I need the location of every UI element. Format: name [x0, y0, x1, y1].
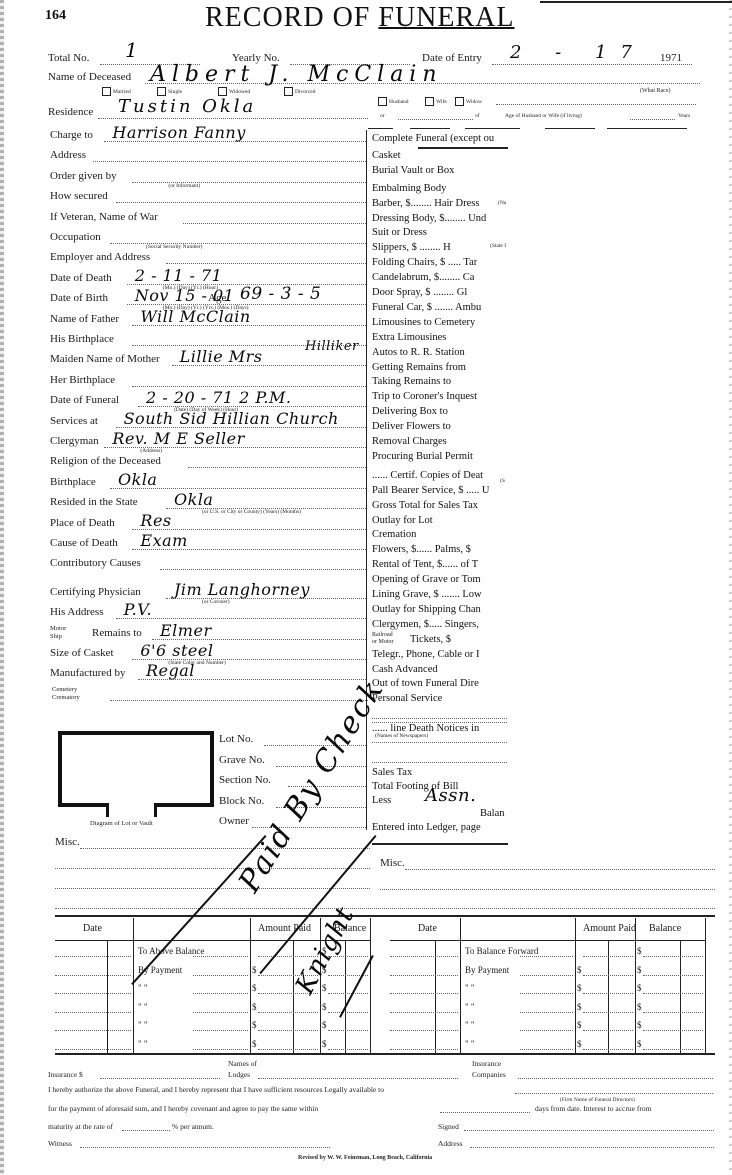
header-rule: [540, 1, 732, 3]
age-of-spouse-field[interactable]: [630, 119, 675, 120]
how-secured-field[interactable]: [116, 202, 366, 203]
ledger-header-rule: [390, 940, 705, 941]
spouse-wife-option[interactable]: Wife: [425, 97, 447, 106]
his-birthplace-label: His Birthplace: [50, 333, 114, 345]
death-notice-line[interactable]: [372, 722, 507, 723]
spouse-widow-option[interactable]: Widow: [455, 97, 482, 106]
wife-checkbox[interactable]: [425, 97, 434, 106]
services-at-value: South Sid Hillian Church: [124, 409, 339, 428]
certifying-physician-label: Certifying Physician: [50, 586, 141, 598]
ledger-balance-cell[interactable]: [328, 1012, 368, 1013]
charge-item-label: Complete Funeral (except ou: [372, 133, 508, 144]
address-label: Address: [50, 149, 86, 161]
rule-segment: [410, 128, 450, 129]
payment-text: for the payment of aforesaid sum, and I …: [48, 1104, 318, 1113]
companies-field[interactable]: [518, 1078, 713, 1079]
ledger-balance-cell[interactable]: [328, 1030, 368, 1031]
date-of-funeral-value: 2 - 20 - 71 2 P.M.: [146, 388, 291, 407]
ledger-balance-currency: $: [637, 965, 642, 975]
ledger-description-line[interactable]: [520, 1030, 573, 1031]
ledger-balance-currency: $: [637, 1020, 642, 1030]
ledger-balance-currency: $: [637, 1002, 642, 1012]
ledger-amount-cell[interactable]: [258, 1030, 318, 1031]
charge-item-label: Deliver Flowers to: [372, 421, 451, 432]
rule-segment: [368, 128, 393, 129]
name-of-father-value: Will McClain: [140, 307, 250, 326]
spouse-of-field[interactable]: [398, 119, 473, 120]
page-number: 164: [45, 8, 66, 24]
ledger-balance-cell[interactable]: [643, 993, 703, 994]
name-of-deceased-label: Name of Deceased: [48, 71, 131, 83]
services-at-label: Services at: [50, 415, 98, 427]
lot-field-label: Lot No.: [219, 733, 253, 745]
ledger-amount-currency: $: [252, 983, 257, 993]
ledger-date-cell[interactable]: [55, 1049, 131, 1050]
ledger-balance-cell[interactable]: [643, 1012, 703, 1013]
widowed-checkbox[interactable]: [218, 87, 227, 96]
ledger-amount-currency: $: [252, 965, 257, 975]
ledger-balance-currency: $: [322, 1020, 327, 1030]
ledger-date-cell[interactable]: [390, 1012, 458, 1013]
widow-label: Widow: [466, 99, 482, 105]
death-notice-line[interactable]: [372, 762, 507, 763]
birthplace-label: Birthplace: [50, 476, 96, 488]
charge-item-label: ...... Certif. Copies of Deat: [372, 470, 483, 481]
slippers-note: (State I: [490, 243, 506, 249]
rule-segment: [465, 128, 520, 129]
firm-name-note: (Firm Name of Funeral Directors): [560, 1097, 635, 1103]
date-of-entry-value: 2 - 17: [510, 42, 646, 63]
ledger-amount-cell[interactable]: [583, 1012, 633, 1013]
charge-item-label: Trip to Coroner's Inquest: [372, 391, 477, 402]
ledger-date-cell[interactable]: [390, 956, 458, 957]
ledger-balance-header: Balance: [649, 923, 681, 934]
ledger-date-cell[interactable]: [55, 1012, 131, 1013]
ledger-amount-header: Amount Paid: [583, 923, 636, 934]
motor-label: Motor: [50, 625, 66, 632]
misc-left-field[interactable]: [80, 848, 370, 849]
marital-widowed-option[interactable]: Widowed: [218, 87, 250, 96]
ledger-date-cell[interactable]: [55, 956, 131, 957]
title-part-1: RECORD OF: [205, 2, 378, 33]
ledger-description-cell: " ": [465, 1039, 475, 1049]
lodges-field[interactable]: [258, 1078, 458, 1079]
spouse-name-field[interactable]: [496, 104, 696, 105]
ledger-description-cell: " ": [138, 983, 148, 993]
ledger-amount-currency: $: [577, 1020, 582, 1030]
order-given-by-label: Order given by: [50, 170, 117, 182]
signed-label: Signed: [438, 1122, 459, 1131]
charge-item-label: Casket: [372, 150, 401, 161]
ledger-description-line[interactable]: [193, 975, 248, 976]
husband-label: Husband: [389, 99, 409, 105]
less-value: Assn.: [425, 785, 476, 806]
firm-name-field[interactable]: [515, 1093, 713, 1094]
ledger-date-cell[interactable]: [390, 1030, 458, 1031]
charge-blank-line[interactable]: [372, 718, 507, 719]
charge-item-label: Pall Bearer Service, $ ..... U: [372, 485, 490, 496]
witness-field[interactable]: [80, 1147, 330, 1148]
authorize-text: I hereby authorize the above Funeral, an…: [48, 1085, 384, 1094]
residence-value: Tustin Okla: [118, 96, 256, 117]
death-notice-line[interactable]: [372, 742, 507, 743]
percent-text: % per annum.: [172, 1122, 214, 1131]
misc-left-label: Misc.: [55, 836, 80, 848]
married-checkbox[interactable]: [102, 87, 111, 96]
resided-in-the-state-label: Resided in the State: [50, 496, 138, 508]
years-label: Years: [678, 113, 690, 119]
ledger-description-cell: " ": [465, 1020, 475, 1030]
ledger-column-divider: [370, 918, 371, 1053]
or-label: or: [380, 113, 385, 119]
ledger-bottom-rule: [55, 1053, 715, 1055]
maturity-text: maturity at the rate of: [48, 1122, 113, 1131]
her-birthplace-field[interactable]: [132, 386, 366, 387]
ledger-description-cell: " ": [465, 983, 475, 993]
ledger-description-line[interactable]: [520, 1012, 573, 1013]
ledger-balance-currency: $: [322, 1039, 327, 1049]
ledger-balance-currency: $: [637, 1039, 642, 1049]
charge-item-label: Dressing Body, $........ Und: [372, 213, 486, 224]
charge-item-label: Gross Total for Sales Tax: [372, 500, 478, 511]
misc-line-4[interactable]: [55, 908, 715, 909]
employer-and-address-field[interactable]: [166, 263, 366, 264]
single-label: Single: [168, 89, 182, 95]
railroad-label: Railroad: [372, 632, 393, 638]
divorced-checkbox[interactable]: [284, 87, 293, 96]
rule-segment: [545, 128, 595, 129]
ledger-column-divider: [575, 918, 576, 1053]
ledger-date-cell[interactable]: [390, 1049, 458, 1050]
husband-checkbox[interactable]: [378, 97, 387, 106]
ledger-amount-cell[interactable]: [583, 993, 633, 994]
age-value: 69 - 3 - 5: [240, 284, 321, 304]
address-field[interactable]: [470, 1147, 714, 1148]
ledger-description-cell: " ": [465, 1002, 475, 1012]
ledger-date-header: Date: [83, 923, 102, 934]
funeral-underline: [418, 147, 508, 149]
ledger-amount-currency: $: [577, 1039, 582, 1049]
ledger-column-divider: [133, 918, 134, 1053]
cemetery-field[interactable]: [110, 700, 368, 701]
manufactured-by-label: Manufactured by: [50, 667, 125, 679]
certifying-physician-value: Jim Langhorney: [174, 580, 310, 599]
charge-to-value: Harrison Fanny: [112, 123, 245, 142]
charges-end-rule: [372, 843, 508, 845]
if-veteran-name-of-war-label: If Veteran, Name of War: [50, 211, 158, 223]
ledger-amount-currency: $: [252, 1020, 257, 1030]
companies-label-top: Insurance: [472, 1059, 501, 1068]
address-label: Address: [438, 1139, 463, 1148]
widowed-label: Widowed: [229, 89, 250, 95]
lot-diagram-bottom-right: [154, 803, 210, 807]
charge-item-label: Lining Grave, $ ....... Low: [372, 589, 482, 600]
charge-item-label: Embalming Body: [372, 183, 446, 194]
if-veteran-name-of-war-field[interactable]: [183, 223, 366, 224]
ledger-top-rule: [55, 915, 715, 917]
ledger-balance-cell[interactable]: [643, 1049, 703, 1050]
less-label: Less: [372, 795, 391, 806]
charge-item-label: Extra Limousines: [372, 332, 446, 343]
lot-field-label: Block No.: [219, 795, 264, 807]
ledger-date-cell[interactable]: [55, 1030, 131, 1031]
lot-diagram-bottom-left: [58, 803, 106, 807]
address-field[interactable]: [93, 161, 366, 162]
witness-label: Witness: [48, 1139, 72, 1148]
religion-of-the-deceased-field[interactable]: [188, 467, 366, 468]
insurance-field[interactable]: [100, 1078, 220, 1079]
ledger-balance-currency: $: [322, 1002, 327, 1012]
certifying-physician-note: (or Coroner): [202, 599, 230, 605]
single-checkbox[interactable]: [157, 87, 166, 96]
lot-diagram-box: [58, 731, 214, 807]
ledger-balance-cell[interactable]: [328, 993, 368, 994]
crematory-label: Crematory: [52, 694, 80, 701]
resided-in-the-state-value: Okla: [174, 490, 213, 509]
hair-dress-note: (Na: [498, 200, 506, 206]
ledger-description-line[interactable]: [520, 975, 573, 976]
remains-to-value: Elmer: [160, 621, 212, 640]
misc-right-field[interactable]: [405, 869, 715, 870]
newspapers-note: (Names of Newspapers): [375, 733, 428, 739]
ledger-description-line[interactable]: [193, 1030, 248, 1031]
ledger-amount-cell[interactable]: [583, 975, 633, 976]
misc-left-line-2[interactable]: [55, 868, 370, 869]
ledger-balance-cell[interactable]: [643, 956, 703, 957]
companies-label: Companies: [472, 1070, 506, 1079]
ledger-description-cell: " ": [138, 1039, 148, 1049]
ledger-amount-cell[interactable]: [258, 1049, 318, 1050]
interest-rate-field[interactable]: [122, 1130, 170, 1131]
remains-to-label: Remains to: [92, 627, 142, 639]
lodges-label-top: Names of: [228, 1059, 257, 1068]
charge-item-label: Outlay for Shipping Chan: [372, 604, 481, 615]
ledger-balance-currency: $: [637, 946, 642, 956]
spouse-husband-option[interactable]: Husband: [378, 97, 409, 106]
ledger-description-line[interactable]: [193, 1049, 248, 1050]
birthplace-annotation: Hilliker: [305, 339, 359, 354]
age-label: Age: [208, 292, 226, 304]
ledger-column-divider: [460, 918, 461, 1053]
ledger-date-header: Date: [418, 923, 437, 934]
or-motor-label: or Motor: [372, 639, 394, 645]
wife-label: Wife: [436, 99, 447, 105]
balance-label: Balan: [480, 808, 505, 819]
ledger-page-label: Entered into Ledger, page: [372, 822, 481, 833]
ledger-amount-currency: $: [577, 965, 582, 975]
days-field[interactable]: [440, 1112, 530, 1113]
his-address-value: P.V.: [124, 600, 152, 619]
ledger-amount-cell[interactable]: [583, 956, 633, 957]
marital-married-option[interactable]: Married: [102, 87, 131, 96]
date-of-funeral-label: Date of Funeral: [50, 394, 119, 406]
charge-item-label: Taking Remains to: [372, 376, 451, 387]
resided-in-the-state-note: (or U.S. or City or County) (Years) (Mon…: [202, 509, 301, 515]
charge-item-label: Burial Vault or Box: [372, 165, 454, 176]
insurance-label: Insurance $: [48, 1070, 83, 1079]
charge-item-label: Removal Charges: [372, 436, 447, 447]
charge-item-label: Cash Advanced: [372, 664, 438, 675]
charge-item-label: Outlay for Lot: [372, 515, 433, 526]
ledger-description-cell: " ": [138, 1020, 148, 1030]
ledger-balance-currency: $: [637, 983, 642, 993]
ledger-column-divider: [250, 918, 251, 1053]
ledger-amount-currency: $: [252, 1039, 257, 1049]
her-birthplace-label: Her Birthplace: [50, 374, 115, 386]
misc-left-line-3[interactable]: [55, 888, 370, 889]
name-of-deceased-value: Albert J. McClain: [150, 62, 443, 87]
ledger-description-cell: To Above Balance: [138, 946, 204, 956]
charge-item-label: Rental of Tent, $...... of T: [372, 559, 478, 570]
maiden-name-of-mother-value: Lillie Mrs: [180, 347, 263, 366]
ledger-amount-currency: $: [577, 983, 582, 993]
married-label: Married: [113, 89, 131, 95]
charge-item-label: Candelabrum, $........ Ca: [372, 272, 474, 283]
ledger-amount-cell[interactable]: [583, 1030, 633, 1031]
contributory-causes-field[interactable]: [160, 569, 366, 570]
ledger-description-line[interactable]: [193, 993, 248, 994]
scan-edge-left: [0, 0, 4, 1175]
pall-bearer-note: (S: [500, 478, 505, 484]
cause-of-death-value: Exam: [140, 531, 187, 550]
size-of-casket-value: 6'6 steel: [140, 641, 213, 660]
charge-item-label: Barber, $........ Hair Dress: [372, 198, 479, 209]
employer-and-address-label: Employer and Address: [50, 251, 150, 263]
order-given-by-note: (or Informant): [168, 183, 200, 189]
ledger-amount-cell[interactable]: [583, 1049, 633, 1050]
of-label: of: [475, 113, 480, 119]
age-of-spouse-label: Age of Husband or Wife (if living): [505, 113, 582, 119]
ledger-column-divider: [705, 918, 706, 1053]
birthplace-value: Okla: [118, 470, 157, 489]
lot-diagram-stub-right: [154, 803, 157, 817]
ledger-date-cell[interactable]: [55, 993, 131, 994]
size-of-casket-label: Size of Casket: [50, 647, 114, 659]
place-of-death-value: Res: [140, 511, 171, 530]
residence-label: Residence: [48, 106, 93, 118]
ledger-column-divider: [635, 918, 636, 1053]
ledger-date-cell[interactable]: [55, 975, 131, 976]
date-of-entry-field[interactable]: [492, 64, 692, 65]
lot-field-label: Section No.: [219, 774, 271, 786]
ledger-description-cell: By Payment: [465, 965, 509, 975]
revised-by-credit: Revised by W. W. Feineman, Long Beach, C…: [298, 1155, 432, 1161]
ledger-amount-cell[interactable]: [258, 1012, 318, 1013]
charge-item-label: Getting Remains from: [372, 362, 466, 373]
charge-item-label: Procuring Burial Permit: [372, 451, 473, 462]
total-no-label: Total No.: [48, 52, 89, 64]
lot-field-label: Grave No.: [219, 754, 265, 766]
how-secured-label: How secured: [50, 190, 108, 202]
occupation-note: (Social Security Number): [146, 244, 203, 250]
charge-item-label: Flowers, $...... Palms, $: [372, 544, 471, 555]
charge-item-label: Clergymen, $..... Singers,: [372, 619, 479, 630]
place-of-death-label: Place of Death: [50, 517, 115, 529]
title-part-2: FUNERAL: [378, 2, 514, 33]
charge-item-label: Telegr., Phone, Cable or I: [372, 649, 479, 660]
charge-item-label: Delivering Box to: [372, 406, 448, 417]
charge-item-label: Suit or Dress: [372, 227, 427, 238]
residence-field[interactable]: [98, 118, 368, 119]
clergyman-label: Clergyman: [50, 435, 99, 447]
ledger-date-cell[interactable]: [390, 975, 458, 976]
charge-item-label: Folding Chairs, $ ..... Tar: [372, 257, 477, 268]
lodges-label: Lodges: [228, 1070, 250, 1079]
ledger-balance-cell[interactable]: [328, 1049, 368, 1050]
clergyman-value: Rev. M E Seller: [112, 429, 244, 448]
marital-single-option[interactable]: Single: [157, 87, 182, 96]
charge-item-label: Tickets, $: [410, 634, 451, 645]
signed-field[interactable]: [464, 1130, 714, 1131]
lot-diagram-caption: Diagram of Lot or Vault: [90, 820, 153, 827]
widow-checkbox[interactable]: [455, 97, 464, 106]
occupation-label: Occupation: [50, 231, 101, 243]
date-of-entry-year: 1971: [660, 52, 682, 64]
days-text: days from date. Interest to accrue from: [535, 1104, 651, 1113]
cemetery-label: Cemetery: [52, 686, 77, 693]
ledger-description-line[interactable]: [520, 1049, 573, 1050]
ledger-description-line[interactable]: [520, 956, 573, 957]
date-of-birth-label: Date of Birth: [50, 292, 108, 304]
charge-item-label: Opening of Grave or Tom: [372, 574, 481, 585]
charge-item-label: Slippers, $ ........ H: [372, 242, 451, 253]
ledger-description-line[interactable]: [193, 956, 248, 957]
ledger-description-cell: To Balance Forward: [465, 946, 538, 956]
date-of-death-label: Date of Death: [50, 272, 112, 284]
sales-tax-label: Sales Tax: [372, 767, 412, 778]
what-race-note: (What Race): [640, 88, 670, 94]
strike-line-1: [131, 835, 266, 985]
lot-diagram-stub-left: [106, 803, 109, 817]
charge-item-label: Limousines to Cemetery: [372, 317, 475, 328]
charge-item-label: Autos to R. R. Station: [372, 347, 465, 358]
name-of-father-label: Name of Father: [50, 313, 119, 325]
ledger-balance-cell[interactable]: [643, 975, 703, 976]
ledger-date-cell[interactable]: [390, 993, 458, 994]
manufactured-by-value: Regal: [146, 661, 195, 680]
misc-right-line-2[interactable]: [380, 889, 715, 890]
charge-to-label: Charge to: [50, 129, 93, 141]
his-address-label: His Address: [50, 606, 103, 618]
charge-item-label: Door Spray, $ ........ Gl: [372, 287, 467, 298]
religion-of-the-deceased-label: Religion of the Deceased: [50, 455, 161, 467]
cause-of-death-label: Cause of Death: [50, 537, 118, 549]
ledger-description-line[interactable]: [520, 993, 573, 994]
ledger-amount-header: Amount Paid: [258, 923, 311, 934]
clergyman-note: (Address): [140, 448, 162, 454]
ledger-amount-currency: $: [577, 1002, 582, 1012]
ledger-balance-cell[interactable]: [643, 1030, 703, 1031]
charge-item-label: Cremation: [372, 529, 416, 540]
marital-divorced-option[interactable]: Divorced: [284, 87, 315, 96]
ledger-amount-currency: $: [252, 1002, 257, 1012]
his-address-field[interactable]: [116, 618, 366, 619]
total-no-value: 1: [125, 38, 138, 62]
rule-segment: [607, 128, 687, 129]
ship-label: Ship: [50, 633, 62, 640]
date-of-death-value: 2 - 11 - 71: [135, 266, 223, 285]
ledger-description-cell: " ": [138, 1002, 148, 1012]
misc-right-label: Misc.: [380, 857, 405, 869]
contributory-causes-label: Contributory Causes: [50, 557, 141, 569]
page-title: RECORD OF FUNERAL: [205, 2, 515, 34]
lot-field-label: Owner: [219, 815, 249, 827]
charge-item-label: Funeral Car, $ ....... Ambu: [372, 302, 481, 313]
maiden-name-of-mother-label: Maiden Name of Mother: [50, 353, 160, 365]
divorced-label: Divorced: [295, 89, 315, 95]
ledger-description-line[interactable]: [193, 1012, 248, 1013]
